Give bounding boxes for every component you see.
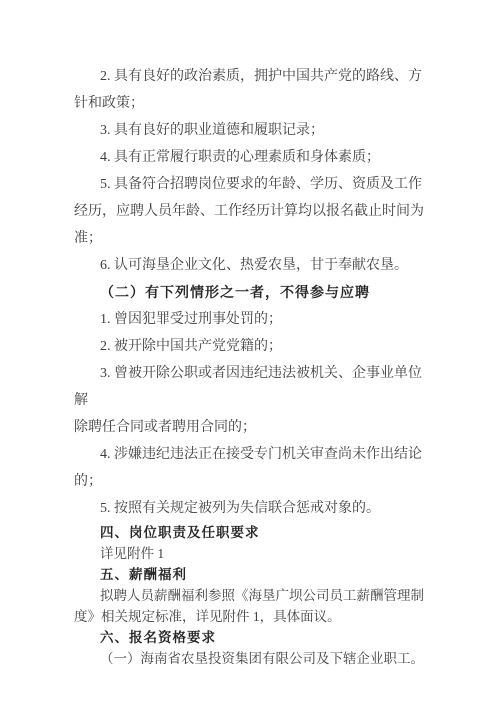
registration-item-1: （一）海南省农垦投资集团有限公司及下辖企业职工。	[74, 648, 430, 669]
disqualification-item-5: 5. 按照有关规定被列为失信联合惩戒对象的。	[74, 495, 430, 522]
heading-section-5-salary: 五、薪酬福利	[74, 564, 430, 585]
qualification-item-5: 5. 具备符合招聘岗位要求的年龄、学历、资质及工作 经历，应聘人员年龄、工作经历…	[74, 171, 430, 252]
qualification-item-2: 2. 具有良好的政治素质，拥护中国共产党的路线、方 针和政策；	[74, 63, 430, 117]
qualification-item-6: 6. 认可海垦企业文化、热爱农垦，甘于奉献农垦。	[74, 252, 430, 279]
section-duties-salary-registration: 四、岗位职责及任职要求详见附件 1五、薪酬福利拟聘人员薪酬福利参照《海垦广坝公司…	[74, 522, 430, 669]
qualification-item-3: 3. 具有良好的职业道德和履职记录；	[74, 117, 430, 144]
disqualification-item-2: 2. 被开除中国共产党党籍的；	[74, 333, 430, 360]
disqualification-item-1: 1. 曾因犯罪受过刑事处罚的；	[74, 306, 430, 333]
salary-paragraph: 拟聘人员薪酬福利参照《海垦广坝公司员工薪酬管理制 度》相关规定标准，详见附件 1…	[74, 585, 430, 627]
qualification-item-4: 4. 具有正常履行职责的心理素质和身体素质；	[74, 144, 430, 171]
duties-see-attachment: 详见附件 1	[74, 543, 430, 564]
disqualification-item-4: 4. 涉嫌违纪违法正在接受专门机关审查尚未作出结论 的；	[74, 441, 430, 495]
heading-section-4-duties: 四、岗位职责及任职要求	[74, 522, 430, 543]
disqualification-item-3: 3. 曾被开除公职或者因违纪违法被机关、企事业单位解 除聘任合同或者聘用合同的；	[74, 360, 430, 441]
heading-section-6-registration: 六、报名资格要求	[74, 627, 430, 648]
document-page: 2. 具有良好的政治素质，拥护中国共产党的路线、方 针和政策；3. 具有良好的职…	[0, 0, 500, 707]
heading-disqualification: （二）有下列情形之一者，不得参与应聘	[74, 279, 430, 306]
section-qualifications: 2. 具有良好的政治素质，拥护中国共产党的路线、方 针和政策；3. 具有良好的职…	[74, 63, 430, 522]
